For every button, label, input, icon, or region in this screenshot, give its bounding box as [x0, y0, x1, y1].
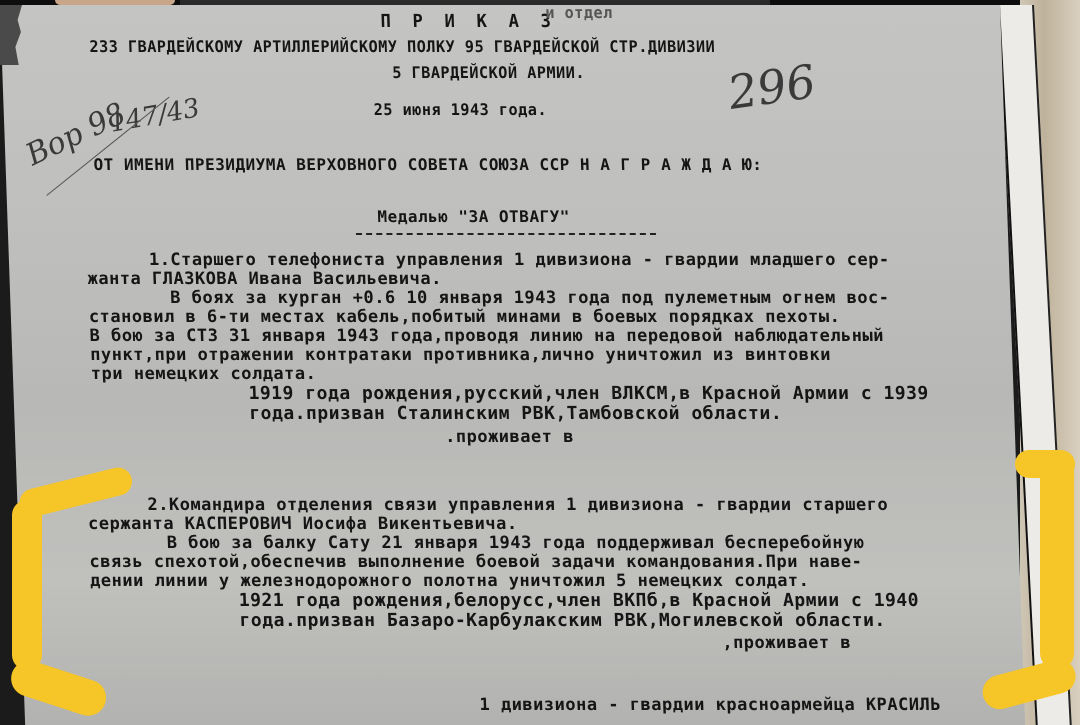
entry-3-line-1: 1 дивизиона - гвардии красноармейца КРАС… [479, 695, 941, 715]
entry-1-line-3: В боях за курган +0.6 10 января 1943 год… [170, 288, 890, 308]
award-heading: Медалью "ЗА ОТВАГУ" [377, 207, 570, 226]
document-page: П Р И К А З и отдел 233 ГВАРДЕЙСКОМУ АРТ… [0, 5, 1025, 725]
unit-line: 233 ГВАРДЕЙСКОМУ АРТИЛЛЕРИЙСКОМУ ПОЛКУ 9… [89, 37, 715, 56]
army-line: 5 ГВАРДЕЙСКОЙ АРМИИ. [392, 63, 585, 82]
entry-2-line-4: связь спехотой,обеспечив выполнение боев… [89, 552, 863, 572]
award-underline [356, 233, 656, 235]
entry-2-line-3: В бою за балку Сату 21 января 1943 года … [166, 533, 864, 553]
entry-2-line-2: сержанта КАСПЕРОВИЧ Иосифа Викентьевича. [88, 514, 518, 534]
entry-1-line-8: 1919 года рождения,русский,член ВЛКСМ,в … [248, 383, 929, 404]
entry-2-line-1: 2.Командира отделения связи управления 1… [147, 495, 888, 515]
preamble: ОТ ИМЕНИ ПРЕЗИДИУМА ВЕРХОВНОГО СОВЕТА СО… [93, 155, 762, 174]
title-overlay-stamp: и отдел [545, 5, 613, 22]
entry-1-line-2: жанта ГЛАЗКОВА Ивана Васильевича. [87, 269, 442, 289]
highlight-left-bracket-vertical [12, 500, 42, 670]
entry-2-line-8: ,проживает в [722, 633, 852, 653]
entry-2-line-7: года.призван Базаро-Карбулакским РВК,Мог… [239, 610, 886, 631]
order-title: П Р И К А З [380, 11, 557, 32]
entry-1-line-9: года.призван Сталинским РВК,Тамбовской о… [249, 403, 783, 424]
entry-1-line-5: В бою за СТЗ 31 января 1943 года,проводя… [89, 326, 884, 346]
entry-2-line-5: дении линии у железнодорожного полотна у… [90, 571, 810, 591]
handwritten-note-right: 296 [724, 54, 820, 120]
entry-1-line-1: 1.Старшего телефониста управления 1 диви… [149, 250, 890, 270]
highlight-right-bracket-top [1015, 450, 1075, 478]
order-date: 25 июня 1943 года. [373, 100, 547, 119]
highlight-right-bracket-vertical [1040, 450, 1074, 670]
entry-1-line-7: три немецких солдата. [91, 364, 317, 384]
entry-1-line-10: .проживает в [445, 427, 575, 447]
entry-1-line-6: пункт,при отражении контратаки противник… [90, 345, 831, 365]
handwritten-note-left-2: 147/43 [107, 93, 203, 138]
entry-1-line-4: становил в 6-ти местах кабель,побитый ми… [89, 307, 841, 327]
entry-2-line-6: 1921 года рождения,белорусс,член ВКПб,в … [238, 590, 919, 611]
